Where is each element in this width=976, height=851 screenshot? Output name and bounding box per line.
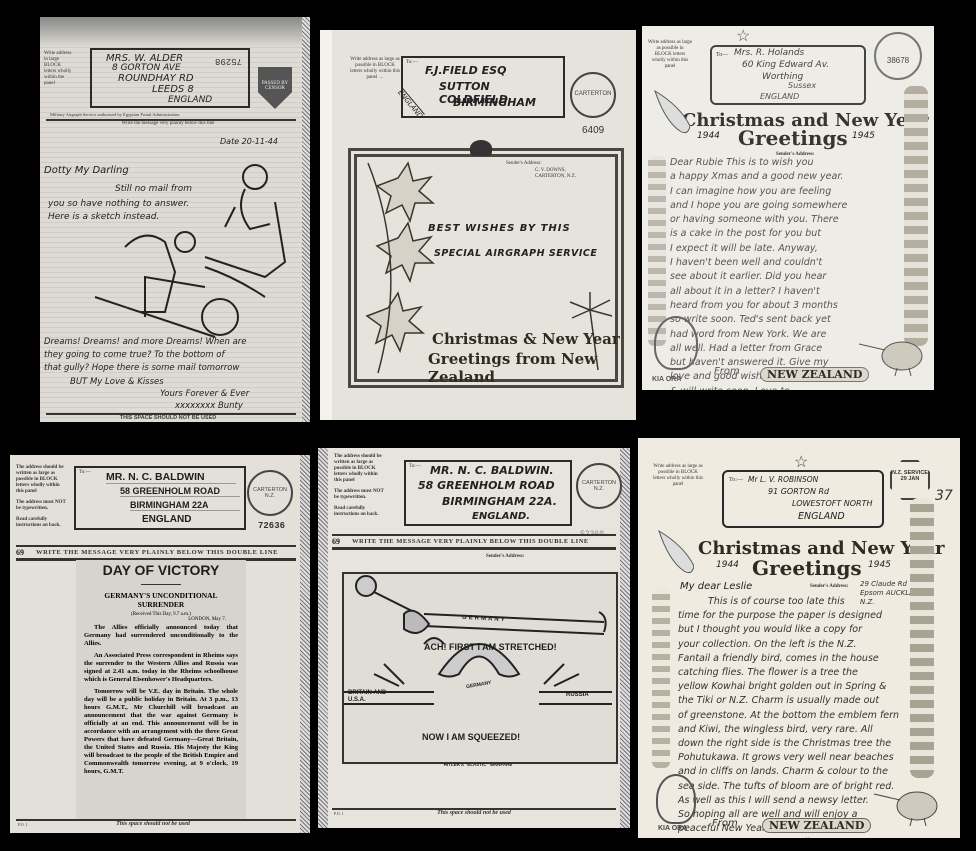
kia-ora-label: KIA ORA	[652, 376, 681, 383]
address-instructions: The address should be written as large a…	[16, 465, 68, 529]
caption-top: ACH! FIRST I AM STRETCHED!	[424, 642, 557, 652]
address-instructions: Write address in large BLOCK letters who…	[44, 51, 72, 87]
cartoon-title: HITLER'S "ELASTIC" WARFARE	[342, 762, 614, 767]
letter-date: Date 20-11-44	[220, 137, 278, 146]
border-hatch-right	[620, 448, 630, 828]
serial-number: 6409	[582, 125, 604, 136]
to-label: To:—	[79, 470, 91, 476]
britain-usa-label: BRITAIN AND U.S.A.	[348, 690, 388, 704]
closing-line-1: Dreams! Dreams! and more Dreams! When ar…	[44, 337, 247, 347]
footer-note: THIS SPACE SHOULD NOT BE USED	[40, 415, 296, 421]
airgraph-panel-2: Write address as large as possible in BL…	[320, 30, 636, 420]
year-left: 1944	[716, 560, 739, 570]
closing-line-2: they going to come true? To the bottom o…	[44, 350, 224, 360]
airgraph-panel-4: The address should be written as large a…	[10, 455, 310, 833]
postmark-stamp: N.Z. SERVICE 29 JAN	[890, 460, 930, 500]
to-label: To:—	[729, 477, 743, 483]
closing-line-5: Yours Forever & Ever	[160, 389, 249, 399]
address-line-2: 58 GREENHOLM ROAD	[120, 486, 240, 497]
russia-label: RUSSIA	[566, 692, 589, 698]
address-instructions: Write address as large as possible in BL…	[652, 464, 704, 488]
cartoon-frame: GERMANY ACH! FIRST I AM STRETCHED! GERMA…	[342, 572, 618, 764]
star-icon: ☆	[736, 26, 750, 46]
year-right: 1945	[868, 560, 891, 570]
wheelbarrow-sketch-icon	[85, 147, 305, 347]
address-line-5: ENGLAND	[168, 95, 212, 105]
sender-label: Sender's Address:	[506, 161, 541, 167]
instruction: Write the message very plainly below thi…	[40, 121, 296, 127]
headline-rule	[141, 584, 181, 585]
paragraph-3: Tomorrow will be V.E. day in Britain. Th…	[76, 686, 246, 778]
airgraph-number: 69	[332, 537, 340, 546]
to-label: To:—	[406, 60, 418, 66]
airgraph-panel-1: Write address in large BLOCK letters who…	[40, 17, 310, 422]
kiwi-bird-icon	[857, 336, 927, 376]
footer-note: This space should not be used	[10, 821, 296, 827]
address-line-3: BIRMINGHAM 22A.	[442, 495, 557, 508]
instruction: WRITE THE MESSAGE VERY PLAINLY BELOW THI…	[352, 538, 589, 545]
header-note: Military Airgraph Service authorised by …	[50, 112, 180, 118]
paragraph-1: The Allies officially announced today th…	[76, 622, 246, 650]
closing-line-4: BUT My Love & Kisses	[70, 377, 164, 387]
address-line-2: 60 King Edward Av.	[742, 60, 829, 70]
address-panel: To— Mrs. R. Holands 60 King Edward Av. W…	[710, 45, 866, 105]
address-line-1: Mr L. V. ROBINSON	[748, 475, 818, 484]
year-right: 1945	[852, 131, 875, 141]
kowhai-flower-border	[648, 156, 666, 346]
address-line-3: LOWESTOFT NORTH	[792, 499, 873, 508]
greeting-subtitle: Greetings	[752, 556, 862, 580]
address-line-4: ENGLAND	[798, 511, 845, 522]
address-line-5: ENGLAND	[760, 92, 799, 101]
message-line-2: SPECIAL AIRGRAPH SERVICE	[434, 248, 597, 259]
address-line-2: 8 GORTON AVE	[112, 63, 181, 73]
photo-shadow	[40, 17, 310, 47]
from-label: From	[712, 818, 738, 829]
to-label: To:—	[409, 464, 421, 470]
airgraph-panel-6: Write address as large as possible in BL…	[638, 438, 960, 838]
headline: DAY OF VICTORY	[76, 562, 246, 578]
address-line-1: MR. N. C. BALDWIN	[106, 471, 236, 484]
double-line-top	[16, 545, 296, 547]
newspaper-clipping: DAY OF VICTORY GERMANY'S UNCONDITIONAL S…	[76, 560, 246, 820]
new-zealand-banner: NEW ZEALAND	[760, 367, 869, 382]
closing-line-3: that gully? Hope there is some mail tomo…	[44, 363, 239, 373]
double-line-top	[332, 534, 616, 536]
greeting-line-1: Christmas & New Year	[432, 330, 620, 348]
crown-ornament-icon	[470, 140, 492, 156]
address-line-1: MR. N. C. BALDWIN.	[430, 464, 554, 477]
address-line-3: BIRMINGHAM	[453, 96, 536, 109]
address-panel: To:— MR. N. C. BALDWIN 58 GREENHOLM ROAD…	[74, 466, 246, 530]
address-line-1: F.J.FIELD ESQ	[425, 64, 506, 77]
airgraph-panel-3: Write address as large as possible in BL…	[642, 26, 934, 390]
address-instructions: Write address as large as possible in BL…	[648, 40, 692, 70]
fantail-bird-icon	[650, 86, 690, 146]
from-label: From	[714, 366, 740, 377]
border-hatch-left	[318, 448, 328, 828]
address-line-4: ENGLAND	[142, 514, 191, 525]
address-panel: To:— Mr L. V. ROBINSON 91 GORTON Rd LOWE…	[722, 470, 884, 528]
address-line-1: Mrs. R. Holands	[734, 48, 804, 58]
address-line-2: 91 GORTON Rd	[768, 487, 829, 496]
address-line-3: ROUNDHAY RD	[118, 73, 194, 84]
fantail-bird-icon	[654, 526, 694, 586]
border-hatch	[300, 455, 310, 833]
paragraph-2: An Associated Press correspondent in Rhe…	[76, 650, 246, 686]
serial-number: 75298	[215, 56, 242, 66]
tiki-charm-icon	[654, 316, 698, 370]
star-icon: ☆	[794, 452, 808, 472]
kia-ora-label: KIA ORA	[658, 825, 687, 832]
postmark-stamp: CARTERTON N.Z.	[247, 470, 293, 516]
postmark-stamp: CARTERTON N.Z.	[576, 463, 622, 509]
greeting-subtitle: Greetings	[738, 126, 848, 150]
closing-signature: xxxxxxxx Bunty	[175, 401, 243, 411]
greeting-line-2: Greetings from New Zealand	[428, 350, 636, 386]
address-line-4: LEEDS 8	[152, 84, 194, 95]
footer-note: This space should not be used	[318, 810, 630, 816]
paper-edge	[320, 30, 332, 420]
postmark-stamp: CARTERTON	[570, 72, 616, 118]
double-line-bottom	[332, 547, 616, 550]
address-instructions: Write address as large as possible in BL…	[350, 57, 400, 81]
address-panel: To:— F.J.FIELD ESQ SUTTON COLDFIELD. BIR…	[401, 56, 565, 118]
to-label: To—	[716, 52, 728, 58]
kowhai-flower-border	[652, 588, 670, 768]
new-zealand-banner: NEW ZEALAND	[762, 818, 871, 833]
airgraph-number: 69	[16, 548, 24, 557]
tiki-charm-icon	[656, 774, 696, 824]
subhead: GERMANY'S UNCONDITIONAL SURRENDER	[76, 591, 246, 609]
salutation: My dear Leslie	[680, 581, 752, 592]
address-line-4: ENGLAND.	[472, 511, 530, 522]
serial-number: 37	[935, 488, 953, 504]
year-left: 1944	[697, 131, 720, 141]
sender-address: C. V. DOWNS, CARTERTON, N.Z.	[535, 168, 595, 180]
kiwi-bird-icon	[872, 786, 942, 826]
address-instructions: The address should be written as large a…	[334, 454, 386, 518]
message-line-1: BEST WISHES BY THIS	[428, 223, 571, 234]
instruction: WRITE THE MESSAGE VERY PLAINLY BELOW THI…	[36, 549, 278, 556]
sender-label: Sender's Address:	[810, 584, 848, 590]
address-panel: MRS. W. ALDER 8 GORTON AVE ROUNDHAY RD L…	[90, 48, 250, 108]
country-label: ENGLAND	[396, 88, 425, 120]
address-line-2: 58 GREENHOLM ROAD	[418, 479, 555, 492]
sender-label: Sender's Address:	[486, 554, 524, 560]
serial-number: 72636	[258, 521, 285, 531]
address-line-3: BIRMINGHAM 22A	[130, 500, 240, 511]
address-panel: To:— MR. N. C. BALDWIN. 58 GREENHOLM ROA…	[404, 460, 572, 526]
postmark-stamp: 38678	[874, 32, 922, 80]
censor-badge: PASSED BY CENSOR	[258, 67, 292, 109]
address-line-4: Sussex	[788, 81, 816, 90]
cartoon-illustration-icon	[344, 574, 612, 758]
airgraph-panel-5: The address should be written as large a…	[318, 448, 630, 828]
caption-bottom: NOW I AM SQUEEZED!	[422, 732, 520, 742]
